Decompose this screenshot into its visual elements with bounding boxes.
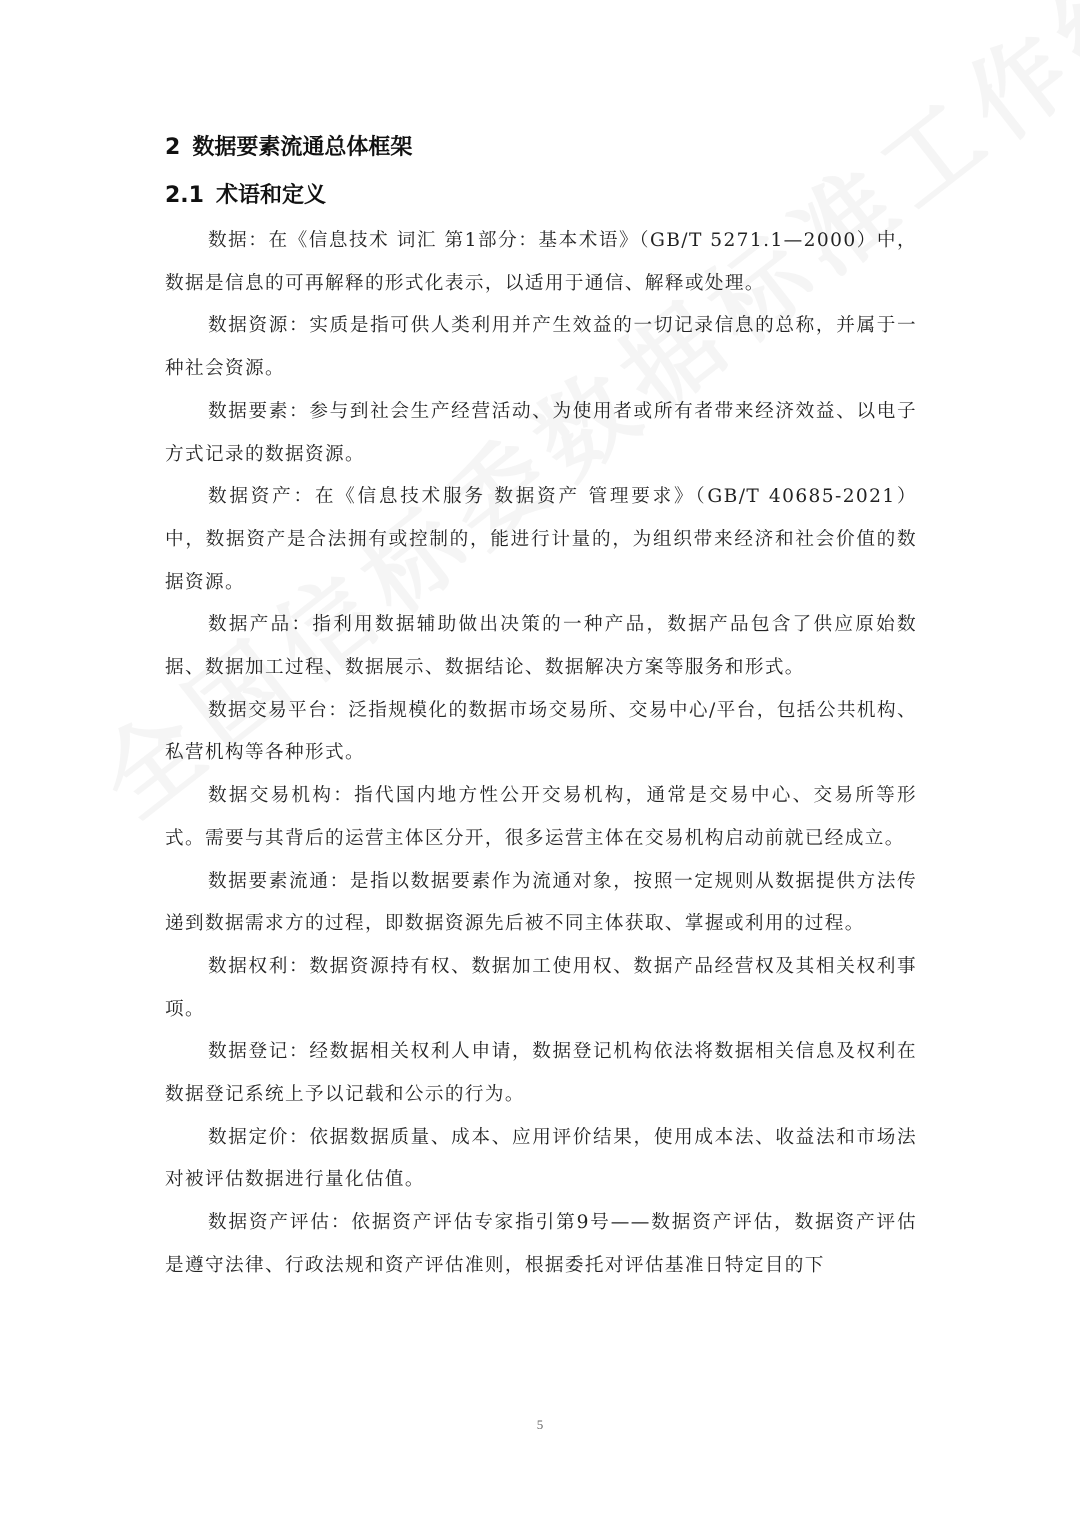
definition-term: 数据登记： — [208, 1041, 309, 1062]
section-heading: 2数据要素流通总体框架 — [165, 128, 917, 168]
definition-term: 数据权利： — [208, 956, 309, 977]
definition-data-rights: 数据权利：数据资源持有权、数据加工使用权、数据产品经营权及其相关权利事项。 — [165, 946, 917, 1031]
definition-data-asset: 数据资产：在《信息技术服务 数据资产 管理要求》（GB/T 40685-2021… — [165, 476, 917, 604]
definition-term: 数据资产： — [208, 486, 315, 507]
definition-data-element-circulation: 数据要素流通：是指以数据要素作为流通对象，按照一定规则从数据提供方法传递到数据需… — [165, 861, 917, 946]
definition-term: 数据定价： — [208, 1127, 309, 1148]
page-content: 2数据要素流通总体框架 2.1术语和定义 数据：在《信息技术 词汇 第1部分：基… — [165, 128, 917, 1288]
definition-term: 数据资源： — [208, 315, 309, 336]
definition-text: 在《信息技术 词汇 第1部分：基本术语》（GB/T 5271.1—2000）中，… — [165, 230, 917, 294]
definition-term: 数据交易平台： — [208, 700, 348, 721]
definition-data-registration: 数据登记：经数据相关权利人申请，数据登记机构依法将数据相关信息及权利在数据登记系… — [165, 1031, 917, 1116]
definition-data: 数据：在《信息技术 词汇 第1部分：基本术语》（GB/T 5271.1—2000… — [165, 220, 917, 305]
definition-term: 数据产品： — [208, 614, 312, 635]
definition-data-resource: 数据资源：实质是指可供人类利用并产生效益的一切记录信息的总称，并属于一种社会资源… — [165, 305, 917, 390]
definition-data-trading-platform: 数据交易平台：泛指规模化的数据市场交易所、交易中心/平台，包括公共机构、私营机构… — [165, 690, 917, 775]
definition-term: 数据交易机构： — [208, 785, 354, 806]
definition-term: 数据资产评估： — [208, 1212, 351, 1233]
page-number: 5 — [0, 1417, 1080, 1433]
definition-data-pricing: 数据定价：依据数据质量、成本、应用评价结果，使用成本法、收益法和市场法对被评估数… — [165, 1117, 917, 1202]
document-page: 全国信标委数据标准工作组 2数据要素流通总体框架 2.1术语和定义 数据：在《信… — [0, 0, 1080, 1527]
definition-data-asset-valuation: 数据资产评估：依据资产评估专家指引第9号——数据资产评估，数据资产评估是遵守法律… — [165, 1202, 917, 1287]
definition-term: 数据： — [208, 230, 268, 251]
definition-data-element: 数据要素：参与到社会生产经营活动、为使用者或所有者带来经济效益、以电子方式记录的… — [165, 391, 917, 476]
subsection-number: 2.1 — [165, 183, 204, 208]
section-number: 2 — [165, 135, 180, 160]
definition-data-product: 数据产品：指利用数据辅助做出决策的一种产品，数据产品包含了供应原始数据、数据加工… — [165, 604, 917, 689]
definition-term: 数据要素： — [208, 401, 309, 422]
definition-term: 数据要素流通： — [208, 871, 350, 892]
definition-data-trading-institution: 数据交易机构：指代国内地方性公开交易机构，通常是交易中心、交易所等形式。需要与其… — [165, 775, 917, 860]
subsection-heading: 2.1术语和定义 — [165, 176, 917, 216]
subsection-title: 术语和定义 — [216, 183, 326, 208]
section-title: 数据要素流通总体框架 — [192, 135, 412, 160]
